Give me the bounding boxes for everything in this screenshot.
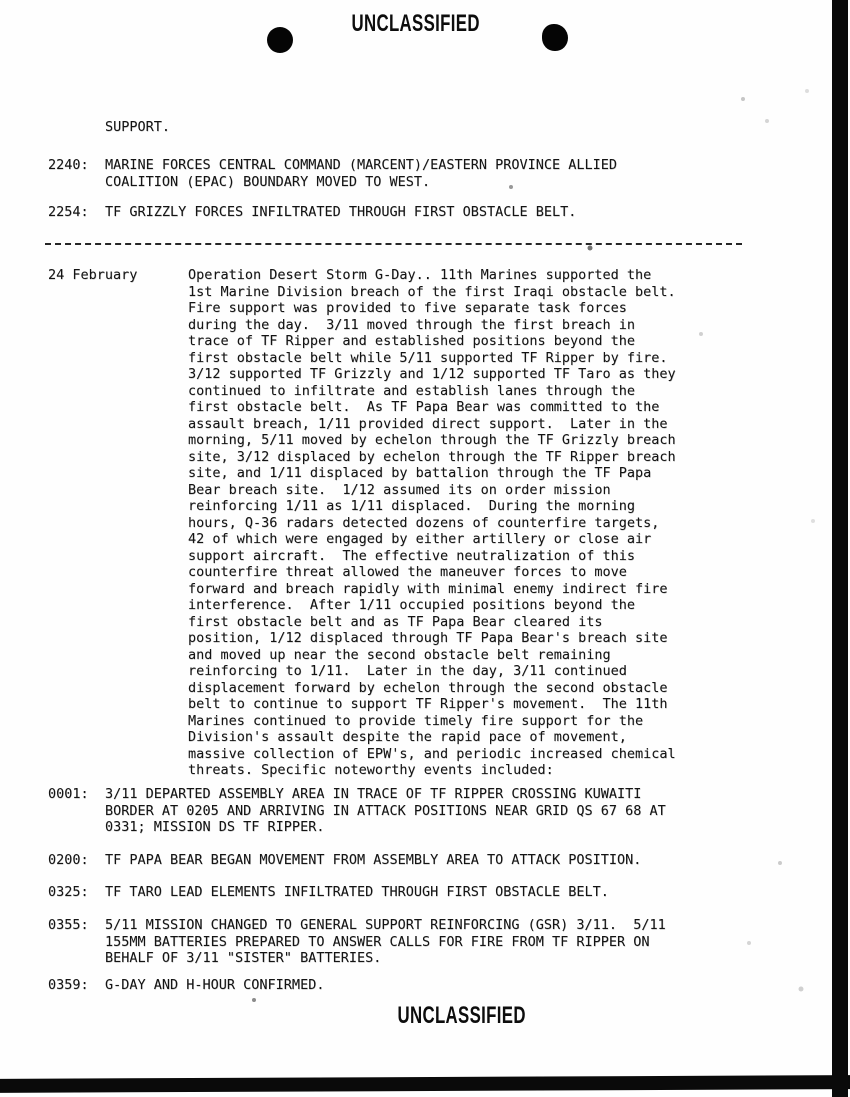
log-entry-time: 0200: [48, 852, 89, 869]
log-entry-time: 0001: [48, 786, 89, 803]
log-entry-text: G-DAY AND H-HOUR CONFIRMED. [105, 977, 324, 994]
log-entry-0200: 0200: TF PAPA BEAR BEGAN MOVEMENT FROM A… [48, 852, 641, 869]
log-entry-text: TF PAPA BEAR BEGAN MOVEMENT FROM ASSEMBL… [105, 852, 641, 869]
classification-banner-bottom-text: UNCLASSIFIED [398, 1002, 526, 1030]
log-entry-text: TF GRIZZLY FORCES INFILTRATED THROUGH FI… [105, 204, 576, 221]
log-entry-0001: 0001: 3/11 DEPARTED ASSEMBLY AREA IN TRA… [48, 786, 666, 836]
classification-banner-top: UNCLASSIFIED [0, 10, 832, 38]
scan-noise-specks [0, 0, 2, 2]
scanned-document-page: UNCLASSIFIED SUPPORT. 2240: MARINE FORCE… [0, 0, 850, 1097]
log-entry-text: 5/11 MISSION CHANGED TO GENERAL SUPPORT … [105, 917, 666, 967]
log-entry-text: TF TARO LEAD ELEMENTS INFILTRATED THROUG… [105, 884, 609, 901]
hole-punch-dot-left [267, 27, 293, 53]
date-section: 24 February Operation Desert Storm G-Day… [48, 267, 676, 779]
log-entry-2254: 2254: TF GRIZZLY FORCES INFILTRATED THRO… [48, 204, 576, 221]
log-entry-time: 0355: [48, 917, 89, 934]
log-entry-text: MARINE FORCES CENTRAL COMMAND (MARCENT)/… [105, 157, 617, 190]
scan-edge-bar-right [832, 0, 848, 1097]
log-entry-2240: 2240: MARINE FORCES CENTRAL COMMAND (MAR… [48, 157, 617, 190]
log-entry-time: 0325: [48, 884, 89, 901]
log-entry-0325: 0325: TF TARO LEAD ELEMENTS INFILTRATED … [48, 884, 609, 901]
date-label: 24 February [48, 267, 137, 284]
log-entry-time: 0359: [48, 977, 89, 994]
log-entry-time: 2240: [48, 157, 89, 174]
section-divider [45, 243, 742, 245]
narrative-paragraph: Operation Desert Storm G-Day.. 11th Mari… [188, 267, 676, 779]
log-entry-0359: 0359: G-DAY AND H-HOUR CONFIRMED. [48, 977, 324, 994]
log-entry-time: 2254: [48, 204, 89, 221]
scan-edge-bar-bottom [0, 1075, 850, 1093]
classification-banner-bottom: UNCLASSIFIED [92, 1002, 832, 1030]
hole-punch-dot-right [542, 24, 568, 51]
log-entry-0355: 0355: 5/11 MISSION CHANGED TO GENERAL SU… [48, 917, 666, 967]
classification-banner-top-text: UNCLASSIFIED [352, 10, 480, 38]
log-entry-continuation: SUPPORT. [105, 119, 170, 136]
log-entry-text: 3/11 DEPARTED ASSEMBLY AREA IN TRACE OF … [105, 786, 666, 836]
